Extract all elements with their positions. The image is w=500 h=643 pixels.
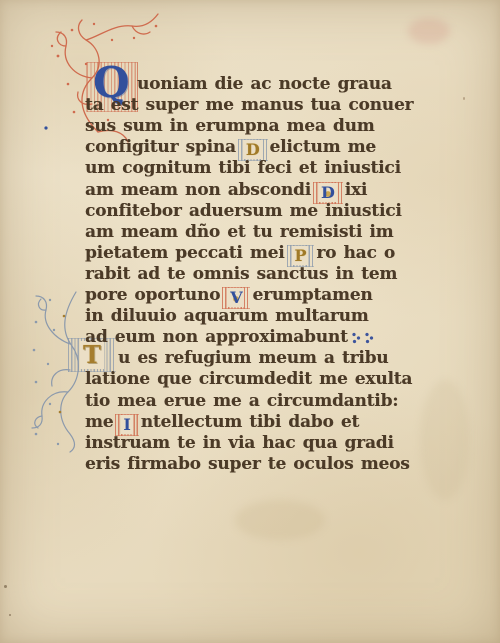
text-run: in diluuio aquarum multarum — [85, 306, 369, 326]
text-run: rabit ad te omnis sanctus in tem — [85, 264, 397, 284]
text-line: u es refugium meum a tribu — [85, 348, 438, 369]
show-through-smudge — [408, 18, 450, 44]
text-run: confitebor aduersum me iniustici — [85, 201, 402, 221]
text-run: ta est super me manus tua conuer — [85, 95, 413, 115]
text-line: ad eum non approximabunt — [85, 327, 405, 348]
text-line: sus sum in erumpna mea dum — [85, 116, 405, 137]
initial-letter: D — [319, 183, 337, 202]
text-run: um cognitum tibi feci et iniustici — [85, 158, 401, 178]
text-run: ad eum non approximabunt — [85, 327, 348, 347]
line-filler-dots — [365, 332, 374, 344]
text-line: configitur spinaDelictum me — [85, 137, 405, 158]
show-through-smudge — [235, 500, 325, 540]
initial-letter: P — [293, 246, 309, 265]
text-run: u es refugium meum a tribu — [118, 348, 388, 368]
text-line: pore oportunoVerumptamen — [85, 285, 405, 306]
text-run: eris firmabo super te oculos meos — [85, 454, 410, 474]
text-run: pore oportuno — [85, 285, 220, 305]
parchment-speck — [463, 97, 465, 100]
text-line: latione que circumdedit me exulta — [85, 369, 405, 390]
line-filler-dots — [352, 332, 361, 344]
parchment-speck — [9, 614, 11, 616]
show-through-smudge — [420, 380, 470, 500]
text-run: uoniam die ac nocte graua — [137, 74, 392, 94]
parchment-speck — [4, 585, 7, 588]
text-line: instruam te in via hac qua gradi — [85, 433, 405, 454]
text-line: eris firmabo super te oculos meos — [85, 454, 405, 475]
initial-letter: I — [121, 415, 132, 434]
text-run: am meam dño et tu remisisti im — [85, 222, 393, 242]
text-run: am meam non abscondi — [85, 180, 311, 200]
text-line: um cognitum tibi feci et iniustici — [85, 158, 405, 179]
text-line: pietatem peccati meiPro hac o — [85, 243, 405, 264]
text-line: in diluuio aquarum multarum — [85, 306, 405, 327]
text-run: me — [85, 412, 113, 432]
text-line: meIntellectum tibi dabo et — [85, 412, 405, 433]
text-run: tio mea erue me a circumdantib: — [85, 391, 398, 411]
text-run: ixi — [345, 180, 367, 200]
text-line: am meam dño et tu remisisti im — [85, 222, 405, 243]
text-line: ta est super me manus tua conuer — [85, 95, 405, 116]
text-line: confitebor aduersum me iniustici — [85, 201, 405, 222]
text-run: ntellectum tibi dabo et — [141, 412, 359, 432]
text-run: erumptamen — [252, 285, 372, 305]
text-run: configitur spina — [85, 137, 236, 157]
text-line: am meam non abscondiDixi — [85, 180, 405, 201]
text-run: sus sum in erumpna mea dum — [85, 116, 375, 136]
text-run: instruam te in via hac qua gradi — [85, 433, 394, 453]
text-run: elictum me — [270, 137, 377, 157]
text-line: tio mea erue me a circumdantib: — [85, 391, 405, 412]
text-line: uoniam die ac nocte graua — [85, 74, 457, 95]
manuscript-page: Q T uoniam die ac nocte grauata est supe… — [0, 0, 500, 643]
text-line: rabit ad te omnis sanctus in tem — [85, 264, 405, 285]
text-run: ro hac o — [316, 243, 395, 263]
text-run: pietatem peccati mei — [85, 243, 285, 263]
text-run: latione que circumdedit me exulta — [85, 369, 412, 389]
initial-letter: V — [228, 288, 244, 307]
initial-letter: D — [244, 140, 262, 159]
